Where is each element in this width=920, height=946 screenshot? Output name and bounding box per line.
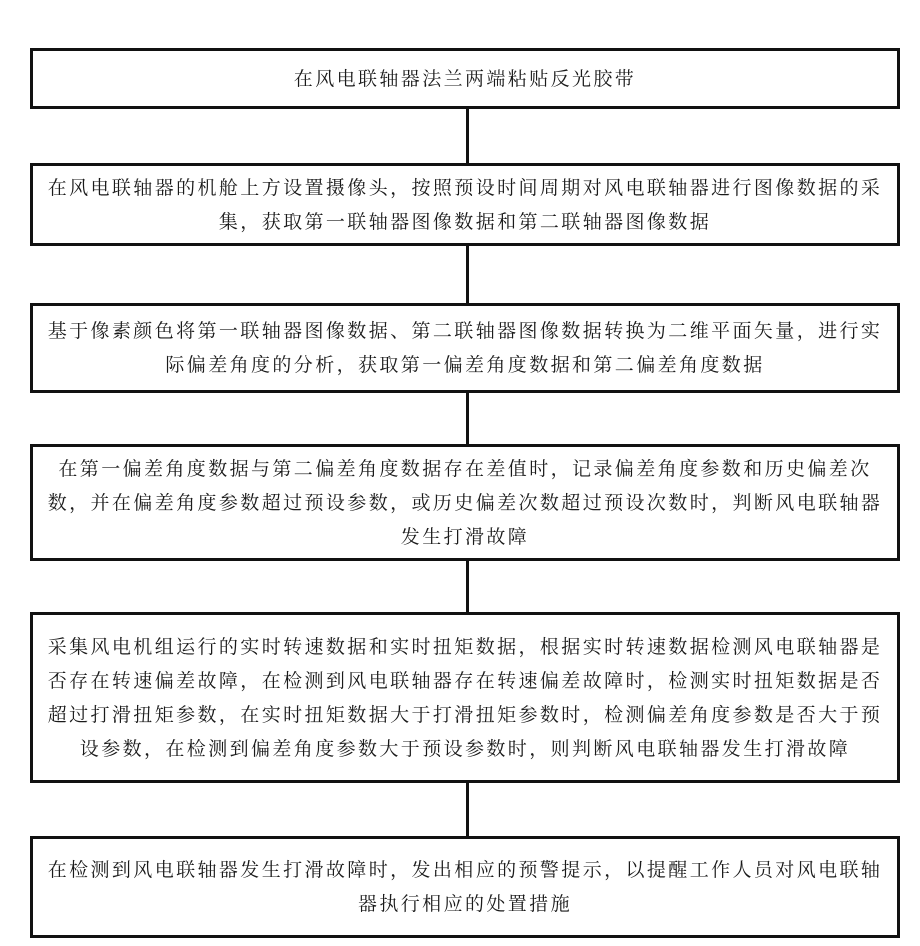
step-3-box: 基于像素颜色将第一联轴器图像数据、第二联轴器图像数据转换为二维平面矢量，进行实际…	[30, 303, 900, 393]
step-5-text: 采集风电机组运行的实时转速数据和实时扭矩数据，根据实时转速数据检测风电联轴器是否…	[47, 630, 883, 766]
step-1-text: 在风电联轴器法兰两端粘贴反光胶带	[47, 62, 883, 96]
connector-5-6	[466, 783, 469, 836]
step-4-box: 在第一偏差角度数据与第二偏差角度数据存在差值时，记录偏差角度参数和历史偏差次数，…	[30, 444, 900, 561]
step-4-text: 在第一偏差角度数据与第二偏差角度数据存在差值时，记录偏差角度参数和历史偏差次数，…	[47, 452, 883, 554]
step-6-text: 在检测到风电联轴器发生打滑故障时，发出相应的预警提示，以提醒工作人员对风电联轴器…	[47, 853, 883, 921]
connector-3-4	[466, 393, 469, 444]
step-1-box: 在风电联轴器法兰两端粘贴反光胶带	[30, 48, 900, 109]
step-2-box: 在风电联轴器的机舱上方设置摄像头，按照预设时间周期对风电联轴器进行图像数据的采集…	[30, 163, 900, 246]
step-5-box: 采集风电机组运行的实时转速数据和实时扭矩数据，根据实时转速数据检测风电联轴器是否…	[30, 612, 900, 783]
step-2-text: 在风电联轴器的机舱上方设置摄像头，按照预设时间周期对风电联轴器进行图像数据的采集…	[47, 171, 883, 239]
step-6-box: 在检测到风电联轴器发生打滑故障时，发出相应的预警提示，以提醒工作人员对风电联轴器…	[30, 836, 900, 938]
step-3-text: 基于像素颜色将第一联轴器图像数据、第二联轴器图像数据转换为二维平面矢量，进行实际…	[47, 314, 883, 382]
connector-1-2	[466, 109, 469, 163]
connector-4-5	[466, 561, 469, 612]
connector-2-3	[466, 246, 469, 303]
